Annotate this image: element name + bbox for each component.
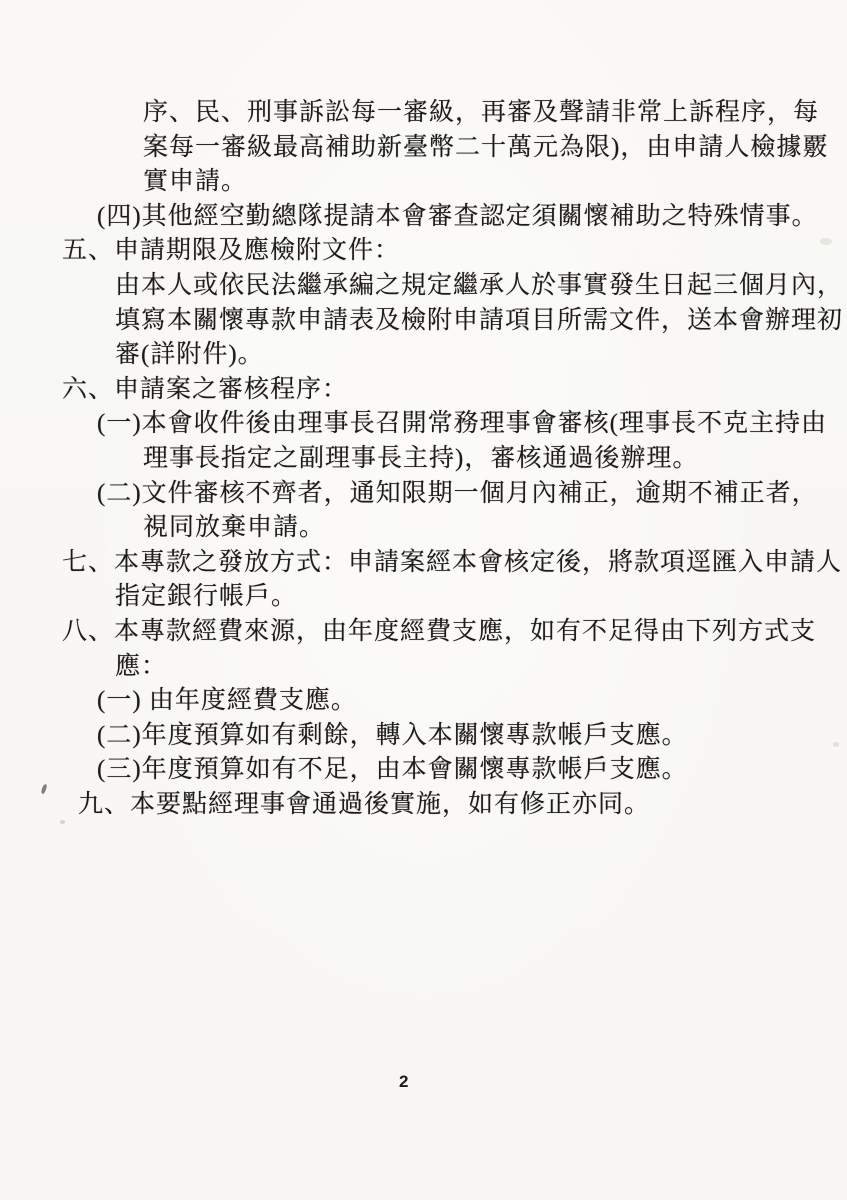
document-lines: 序、民、刑事訴訟每一審級，再審及聲請非常上訴程序，每案每一審級最高補助新臺幣二十… [0,96,847,822]
document-line: 七、本專款之發放方式：申請案經本會核定後，將款項逕匯入申請人 [0,546,847,581]
document-line: (四)其他經空勤總隊提請本會審查認定須關懷補助之特殊情事。 [0,200,847,235]
document-line: 九、本要點經理事會通過後實施，如有修正亦同。 [0,788,847,823]
document-line: 理事長指定之副理事長主持)，審核通過後辦理。 [0,442,847,477]
document-line: (三)年度預算如有不足，由本會關懷專款帳戶支應。 [0,753,847,788]
document-line: (一)本會收件後由理事長召開常務理事會審核(理事長不克主持由 [0,407,847,442]
page-number: 2 [399,1072,408,1092]
scan-smudge-icon [833,742,839,747]
document-line: (一) 由年度經費支應。 [0,684,847,719]
document-line: 八、本專款經費來源，由年度經費支應，如有不足得由下列方式支 [0,615,847,650]
document-line: (二)文件審核不齊者，通知限期一個月內補正，逾期不補正者， [0,477,847,512]
ink-speck-icon [60,820,65,824]
scan-smudge-icon [820,238,832,245]
document-line: 六、申請案之審核程序： [0,373,847,408]
document-line: 五、申請期限及應檢附文件： [0,234,847,269]
document-line: 由本人或依民法繼承編之規定繼承人於事實發生日起三個月內， [0,269,847,304]
document-line: 實申請。 [0,165,847,200]
document-line: 案每一審級最高補助新臺幣二十萬元為限)，由申請人檢據覈 [0,131,847,166]
document-line: 指定銀行帳戶。 [0,580,847,615]
document-line: 序、民、刑事訴訟每一審級，再審及聲請非常上訴程序，每 [0,96,847,131]
document-line: (二)年度預算如有剩餘，轉入本關懷專款帳戶支應。 [0,719,847,754]
document-line: 審(詳附件)。 [0,338,847,373]
document-line: 填寫本關懷專款申請表及檢附申請項目所需文件，送本會辦理初 [0,304,847,339]
document-line: 應： [0,650,847,685]
document-line: 視同放棄申請。 [0,511,847,546]
